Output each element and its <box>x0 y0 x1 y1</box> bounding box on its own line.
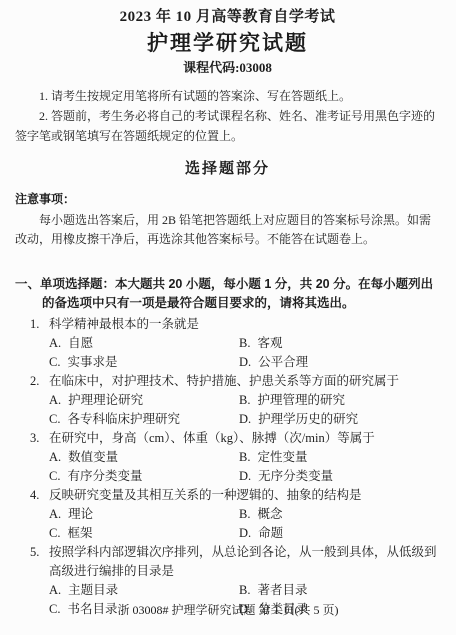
notice-block: 注意事项： 每小题选出答案后，用 2B 铅笔把答题纸上对应题目的答案标号涂黑。如… <box>15 190 440 249</box>
option-c: C.实事求是 <box>49 353 239 372</box>
section-title: 选择题部分 <box>15 159 440 179</box>
option-text: 数值变量 <box>68 450 118 464</box>
option-c: C.各专科临床护理研究 <box>49 410 239 429</box>
option-label: D. <box>239 412 251 426</box>
question-number: 4. <box>30 486 49 505</box>
exam-subject-title: 护理学研究试题 <box>15 30 440 57</box>
option-label: A. <box>49 450 61 464</box>
option-text: 概念 <box>257 507 282 521</box>
option-text: 定性变量 <box>257 450 307 464</box>
question-text: 在临床中，对护理技术、特护措施、护患关系等方面的研究属于 <box>49 374 399 388</box>
option-text: 命题 <box>258 526 283 540</box>
question-list: 1.科学精神最根本的一条就是 A.自愿 B.客观 C.实事求是 D.公平合理 2… <box>15 315 440 619</box>
option-text: 自愿 <box>68 336 93 350</box>
option-row: C.框架 D.命题 <box>30 524 440 543</box>
option-a: A.护理理论研究 <box>49 391 239 410</box>
question-2: 2.在临床中，对护理技术、特护措施、护患关系等方面的研究属于 A.护理理论研究 … <box>30 372 440 429</box>
notice-text: 每小题选出答案后，用 2B 铅笔把答题纸上对应题目的答案标号涂黑。如需改动，用橡… <box>15 211 440 249</box>
option-text: 框架 <box>67 526 92 540</box>
option-text: 客观 <box>257 336 282 350</box>
option-row: A.护理理论研究 B.护理管理的研究 <box>30 391 440 410</box>
question-1: 1.科学精神最根本的一条就是 A.自愿 B.客观 C.实事求是 D.公平合理 <box>30 315 440 372</box>
option-b: B.客观 <box>239 334 282 353</box>
option-label: C. <box>49 469 60 483</box>
question-stem: 1.科学精神最根本的一条就是 <box>30 315 440 334</box>
page-footer: 浙 03008# 护理学研究试题 第 1 页(共 5 页) <box>0 602 456 618</box>
option-label: A. <box>49 583 61 597</box>
option-d: D.护理学历史的研究 <box>239 410 358 429</box>
option-b: B.概念 <box>239 505 282 524</box>
question-stem: 5.按照学科内部逻辑次序排列，从总论到各论，从一般到具体，从低级到高级进行编排的… <box>30 543 440 581</box>
question-number: 2. <box>30 372 49 391</box>
question-text: 科学精神最根本的一条就是 <box>49 317 199 331</box>
question-3: 3.在研究中，身高（cm）、体重（kg）、脉搏（次/min）等属于 A.数值变量… <box>30 429 440 486</box>
option-row: A.理论 B.概念 <box>30 505 440 524</box>
part-one-heading: 一、单项选择题：本大题共 20 小题，每小题 1 分，共 20 分。在每小题列出… <box>15 275 440 313</box>
option-label: A. <box>49 336 61 350</box>
question-stem: 2.在临床中，对护理技术、特护措施、护患关系等方面的研究属于 <box>30 372 440 391</box>
option-b: B.定性变量 <box>239 448 307 467</box>
question-stem: 3.在研究中，身高（cm）、体重（kg）、脉搏（次/min）等属于 <box>30 429 440 448</box>
option-a: A.理论 <box>49 505 239 524</box>
option-row: C.各专科临床护理研究 D.护理学历史的研究 <box>30 410 440 429</box>
question-4: 4.反映研究变量及其相互关系的一种逻辑的、抽象的结构是 A.理论 B.概念 C.… <box>30 486 440 543</box>
general-instructions: 1. 请考生按规定用笔将所有试题的答案涂、写在答题纸上。 2. 答题前，考生务必… <box>15 86 440 146</box>
option-label: A. <box>49 393 61 407</box>
option-label: D. <box>239 526 251 540</box>
option-text: 护理管理的研究 <box>257 393 345 407</box>
option-text: 理论 <box>68 507 93 521</box>
option-label: A. <box>49 507 61 521</box>
option-text: 各专科临床护理研究 <box>67 412 180 426</box>
option-d: D.公平合理 <box>239 353 308 372</box>
option-a: A.主题目录 <box>49 581 239 600</box>
exam-session-title: 2023 年 10 月高等教育自学考试 <box>15 7 440 27</box>
option-row: C.实事求是 D.公平合理 <box>30 353 440 372</box>
option-row: A.自愿 B.客观 <box>30 334 440 353</box>
option-text: 护理学历史的研究 <box>258 412 358 426</box>
exam-page: 2023 年 10 月高等教育自学考试 护理学研究试题 课程代码:03008 1… <box>0 0 456 635</box>
option-d: D.命题 <box>239 524 283 543</box>
option-text: 有序分类变量 <box>67 469 142 483</box>
instruction-item-1: 1. 请考生按规定用笔将所有试题的答案涂、写在答题纸上。 <box>15 86 440 106</box>
option-label: C. <box>49 526 60 540</box>
option-text: 实事求是 <box>67 355 117 369</box>
option-label: B. <box>239 583 250 597</box>
question-text: 反映研究变量及其相互关系的一种逻辑的、抽象的结构是 <box>49 488 362 502</box>
question-text: 在研究中，身高（cm）、体重（kg）、脉搏（次/min）等属于 <box>49 431 375 445</box>
option-label: B. <box>239 336 250 350</box>
option-d: D.无序分类变量 <box>239 467 333 486</box>
question-number: 3. <box>30 429 49 448</box>
option-a: A.自愿 <box>49 334 239 353</box>
option-text: 无序分类变量 <box>258 469 333 483</box>
option-label: D. <box>239 355 251 369</box>
option-b: B.护理管理的研究 <box>239 391 345 410</box>
question-number: 1. <box>30 315 49 334</box>
option-row: A.数值变量 B.定性变量 <box>30 448 440 467</box>
option-label: B. <box>239 507 250 521</box>
option-c: C.框架 <box>49 524 239 543</box>
option-label: C. <box>49 412 60 426</box>
question-stem: 4.反映研究变量及其相互关系的一种逻辑的、抽象的结构是 <box>30 486 440 505</box>
question-text: 按照学科内部逻辑次序排列，从总论到各论，从一般到具体，从低级到高级进行编排的目录… <box>49 545 437 578</box>
course-code: 课程代码:03008 <box>15 59 440 77</box>
option-c: C.有序分类变量 <box>49 467 239 486</box>
option-text: 护理理论研究 <box>68 393 143 407</box>
option-text: 公平合理 <box>258 355 308 369</box>
option-b: B.著者目录 <box>239 581 307 600</box>
notice-label: 注意事项： <box>15 190 440 209</box>
option-label: C. <box>49 355 60 369</box>
option-a: A.数值变量 <box>49 448 239 467</box>
option-label: D. <box>239 469 251 483</box>
option-label: B. <box>239 450 250 464</box>
option-row: C.有序分类变量 D.无序分类变量 <box>30 467 440 486</box>
option-row: A.主题目录 B.著者目录 <box>30 581 440 600</box>
option-label: B. <box>239 393 250 407</box>
option-text: 主题目录 <box>68 583 118 597</box>
instruction-item-2: 2. 答题前，考生务必将自己的考试课程名称、姓名、准考证号用黑色字迹的签字笔或钢… <box>15 106 440 146</box>
option-text: 著者目录 <box>257 583 307 597</box>
question-number: 5. <box>30 543 49 562</box>
